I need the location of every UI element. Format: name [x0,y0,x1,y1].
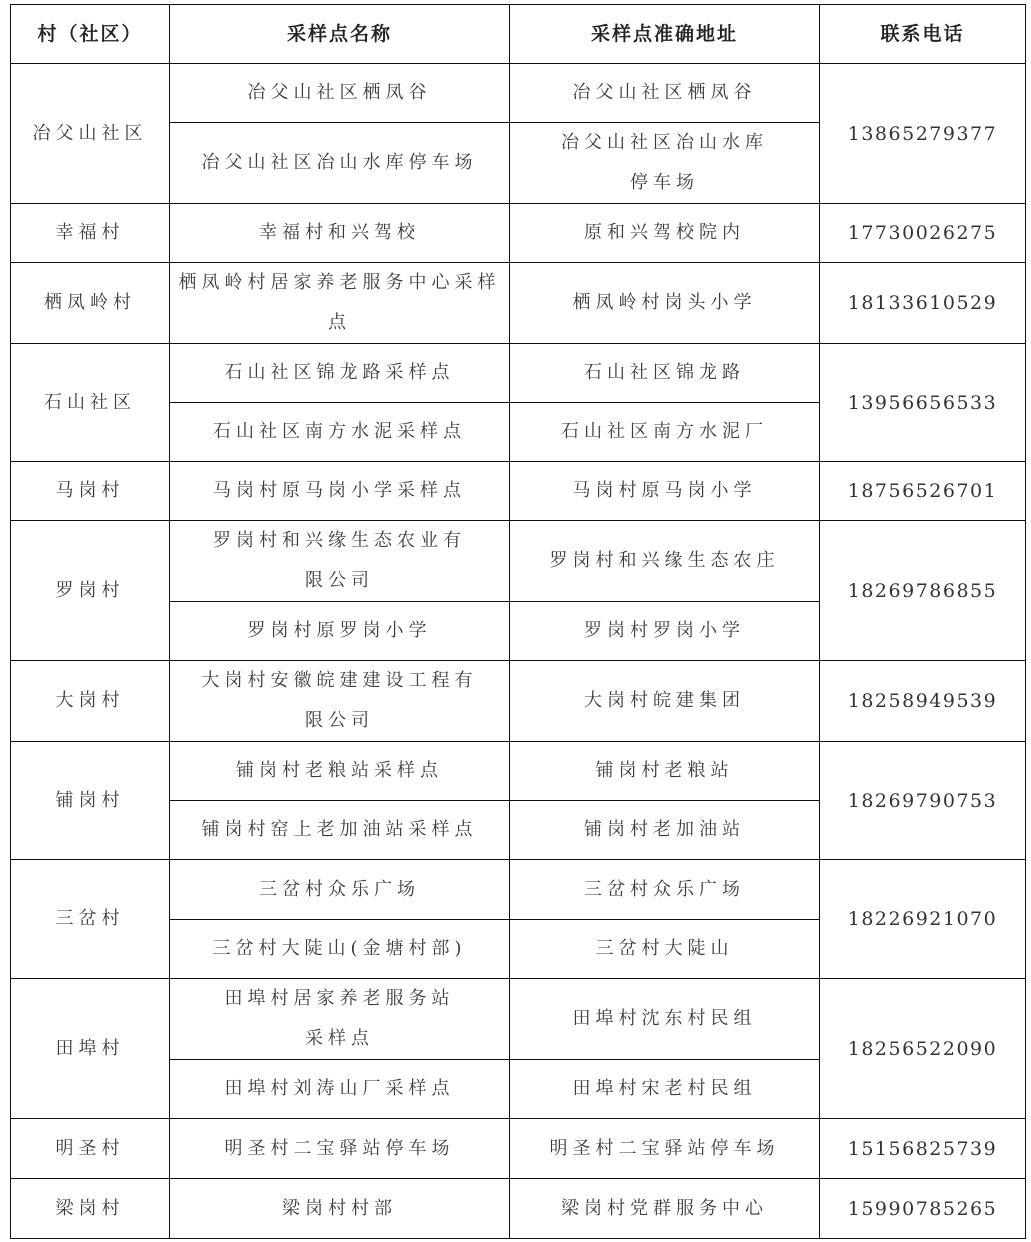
header-phone: 联系电话 [820,5,1026,64]
site-name-cell: 三岔村众乐广场 [170,860,510,920]
site-address-cell: 罗岗村罗岗小学 [510,602,820,661]
village-cell: 幸福村 [11,204,170,263]
site-address-cell: 石山社区锦龙路 [510,344,820,403]
table-row: 幸福村 幸福村和兴驾校 原和兴驾校院内 17730026275 [11,204,1026,263]
site-name-cell: 铺岗村窑上老加油站采样点 [170,801,510,860]
site-name-cell: 梁岗村村部 [170,1179,510,1239]
site-address-cell: 三岔村众乐广场 [510,860,820,920]
site-name-cell: 冶父山社区栖凤谷 [170,64,510,123]
site-name-cell: 罗岗村和兴缘生态农业有限公司 [170,521,510,602]
village-cell: 罗岗村 [11,521,170,661]
village-cell: 栖凤岭村 [11,263,170,344]
village-cell: 铺岗村 [11,742,170,860]
site-address-cell: 铺岗村老加油站 [510,801,820,860]
site-address-cell: 田埠村沈东村民组 [510,979,820,1060]
phone-cell: 18258949539 [820,661,1026,742]
village-cell: 梁岗村 [11,1179,170,1239]
table-row: 梁岗村 梁岗村村部 梁岗村党群服务中心 15990785265 [11,1179,1026,1239]
site-name-cell: 石山社区锦龙路采样点 [170,344,510,403]
header-site-address: 采样点准确地址 [510,5,820,64]
site-name-cell: 栖凤岭村居家养老服务中心采样点 [170,263,510,344]
site-name-cell: 石山社区南方水泥采样点 [170,403,510,462]
site-name-cell: 幸福村和兴驾校 [170,204,510,263]
header-row: 村（社区） 采样点名称 采样点准确地址 联系电话 [11,5,1026,64]
table-row: 栖凤岭村 栖凤岭村居家养老服务中心采样点 栖凤岭村岗头小学 1813361052… [11,263,1026,344]
table-row: 马岗村 马岗村原马岗小学采样点 马岗村原马岗小学 18756526701 [11,462,1026,521]
site-address-cell: 冶父山社区栖凤谷 [510,64,820,123]
table-row: 三岔村 三岔村众乐广场 三岔村众乐广场 18226921070 [11,860,1026,920]
site-address-cell: 大岗村皖建集团 [510,661,820,742]
site-address-cell: 三岔村大陡山 [510,920,820,979]
site-address-cell: 冶父山社区冶山水库停车场 [510,123,820,204]
site-name-cell: 田埠村刘涛山厂采样点 [170,1060,510,1119]
site-name-cell: 马岗村原马岗小学采样点 [170,462,510,521]
site-name-cell: 大岗村安徽皖建建设工程有限公司 [170,661,510,742]
phone-cell: 18256522090 [820,979,1026,1119]
table-row: 冶父山社区 冶父山社区栖凤谷 冶父山社区栖凤谷 13865279377 [11,64,1026,123]
village-cell: 明圣村 [11,1119,170,1179]
site-name-cell: 三岔村大陡山(金塘村部) [170,920,510,979]
sampling-sites-table: 村（社区） 采样点名称 采样点准确地址 联系电话 冶父山社区 冶父山社区栖凤谷 … [10,4,1026,1239]
table-row: 明圣村 明圣村二宝驿站停车场 明圣村二宝驿站停车场 15156825739 [11,1119,1026,1179]
village-cell: 三岔村 [11,860,170,979]
site-name-cell: 冶父山社区冶山水库停车场 [170,123,510,204]
site-address-cell: 田埠村宋老村民组 [510,1060,820,1119]
table-row: 田埠村 田埠村居家养老服务站采样点 田埠村沈东村民组 18256522090 [11,979,1026,1060]
table-row: 铺岗村 铺岗村老粮站采样点 铺岗村老粮站 18269790753 [11,742,1026,801]
site-address-cell: 马岗村原马岗小学 [510,462,820,521]
phone-cell: 18269790753 [820,742,1026,860]
phone-cell: 17730026275 [820,204,1026,263]
village-cell: 石山社区 [11,344,170,462]
table-row: 罗岗村 罗岗村和兴缘生态农业有限公司 罗岗村和兴缘生态农庄 1826978685… [11,521,1026,602]
phone-cell: 15156825739 [820,1119,1026,1179]
header-village: 村（社区） [11,5,170,64]
phone-cell: 15990785265 [820,1179,1026,1239]
phone-cell: 18269786855 [820,521,1026,661]
phone-cell: 13956656533 [820,344,1026,462]
table-row: 石山社区 石山社区锦龙路采样点 石山社区锦龙路 13956656533 [11,344,1026,403]
phone-cell: 13865279377 [820,64,1026,204]
site-address-cell: 梁岗村党群服务中心 [510,1179,820,1239]
village-cell: 冶父山社区 [11,64,170,204]
site-address-cell: 铺岗村老粮站 [510,742,820,801]
village-cell: 马岗村 [11,462,170,521]
site-address-cell: 原和兴驾校院内 [510,204,820,263]
site-name-cell: 田埠村居家养老服务站采样点 [170,979,510,1060]
site-name-cell: 明圣村二宝驿站停车场 [170,1119,510,1179]
phone-cell: 18133610529 [820,263,1026,344]
phone-cell: 18756526701 [820,462,1026,521]
site-name-cell: 铺岗村老粮站采样点 [170,742,510,801]
site-address-cell: 栖凤岭村岗头小学 [510,263,820,344]
village-cell: 田埠村 [11,979,170,1119]
site-address-cell: 明圣村二宝驿站停车场 [510,1119,820,1179]
phone-cell: 18226921070 [820,860,1026,979]
site-address-cell: 石山社区南方水泥厂 [510,403,820,462]
site-address-cell: 罗岗村和兴缘生态农庄 [510,521,820,602]
table-row: 大岗村 大岗村安徽皖建建设工程有限公司 大岗村皖建集团 18258949539 [11,661,1026,742]
site-name-cell: 罗岗村原罗岗小学 [170,602,510,661]
village-cell: 大岗村 [11,661,170,742]
header-site-name: 采样点名称 [170,5,510,64]
